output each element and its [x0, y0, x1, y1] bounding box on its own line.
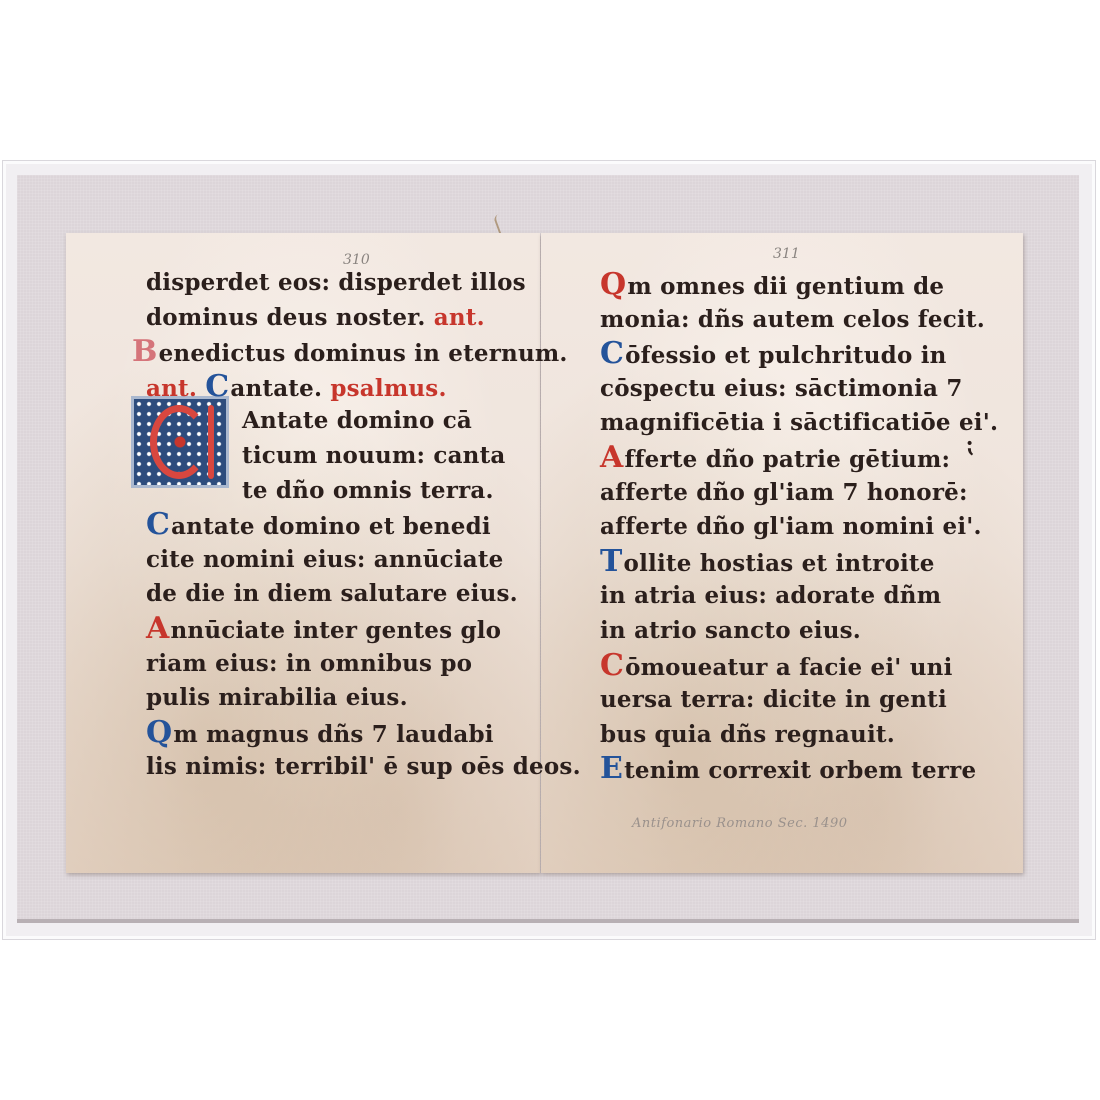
text-line: Cōfessio et pulchritudo in: [600, 337, 998, 372]
text-line: pulis mirabilia eius.: [146, 681, 581, 716]
text-line: bus quia dñs regnauit.: [600, 718, 998, 753]
text-line: te dño omnis terra.: [146, 474, 581, 509]
text-line: Cantate domino et benedi: [146, 508, 581, 543]
text-line: Qm omnes dii gentium de: [600, 268, 998, 303]
initial-letter: E: [600, 752, 623, 787]
text-line: de die in diem salutare eius.: [146, 577, 581, 612]
text-line: ticum nouum: canta: [146, 439, 581, 474]
text-line: Annūciate inter gentes glo: [146, 612, 581, 647]
text-line: cite nomini eius: annūciate: [146, 543, 581, 578]
margin-mark: ⁏: [967, 432, 975, 458]
initial-letter: C: [205, 370, 229, 405]
initial-letter: Q: [600, 268, 626, 303]
initial-letter: A: [600, 441, 623, 476]
pencil-inscription: Antifonario Romano Sec. 1490: [632, 816, 848, 831]
text-line: magnificētia i sāctificatiōe ei'.: [600, 406, 998, 441]
text-line: riam eius: in omnibus po: [146, 647, 581, 682]
initial-letter: Q: [146, 716, 172, 751]
text-line: Etenim correxit orbem terre: [600, 752, 998, 787]
text-line: disperdet eos: disperdet illos: [146, 266, 581, 301]
rubric: psalmus.: [330, 375, 446, 402]
initial-letter: B: [132, 335, 158, 370]
text-line: afferte dño gl'iam nomini ei'.: [600, 510, 998, 545]
initial-letter: C: [600, 649, 624, 684]
rubric: ant.: [434, 304, 485, 331]
text-line: monia: dñs autem celos fecit.: [600, 303, 998, 338]
initial-letter: C: [600, 337, 624, 372]
initial-letter: C: [146, 508, 170, 543]
initial-letter: A: [146, 612, 169, 647]
text-line: uersa terra: dicite in genti: [600, 683, 998, 718]
text-line: afferte dño gl'iam 7 honorē:: [600, 476, 998, 511]
text-line: dominus deus noster. ant.: [146, 301, 581, 336]
text-line: in atria eius: adorate dñm: [600, 579, 998, 614]
text-line: Afferte dño patrie gētium:: [600, 441, 998, 476]
text-line: Qm magnus dñs 7 laudabi: [146, 716, 581, 751]
left-leaf-text: disperdet eos: disperdet illos dominus d…: [146, 266, 581, 785]
text-line: Cōmoueatur a facie ei' uni: [600, 649, 998, 684]
text-line: Tollite hostias et introite: [600, 545, 998, 580]
text-line: Antate domino cā: [146, 404, 581, 439]
initial-letter: T: [600, 545, 623, 580]
text-line: Benedictus dominus in eternum.: [132, 335, 581, 370]
rubric: ant.: [146, 375, 205, 402]
right-leaf-text: Qm omnes dii gentium de monia: dñs autem…: [600, 268, 998, 787]
text-line: ant. Cantate. psalmus.: [146, 370, 581, 405]
frame-bottom-edge: [17, 919, 1079, 923]
text-line: lis nimis: terribil' ē sup oēs deos.: [146, 750, 581, 785]
folio-number-right: 311: [773, 246, 800, 262]
text-line: cōspectu eius: sāctimonia 7: [600, 372, 998, 407]
text-line: in atrio sancto eius.: [600, 614, 998, 649]
